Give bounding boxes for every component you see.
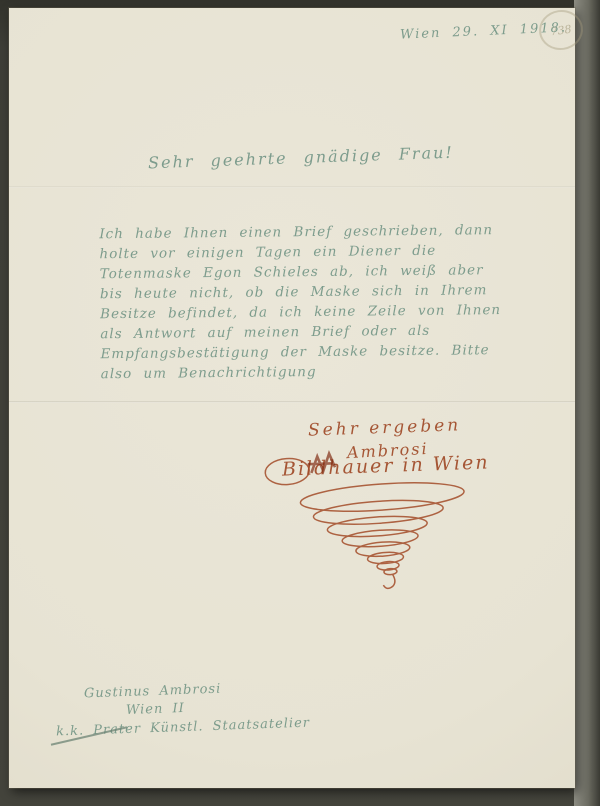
scan-edge-shadow <box>574 0 600 806</box>
letter-paper <box>9 8 575 788</box>
fold-crease-upper <box>9 186 575 188</box>
sender-city: Wien II <box>126 701 185 718</box>
letter-body: Ich habe Ihnen einen Brief geschrieben, … <box>99 220 533 385</box>
signature-flourish-spiral <box>251 400 514 617</box>
